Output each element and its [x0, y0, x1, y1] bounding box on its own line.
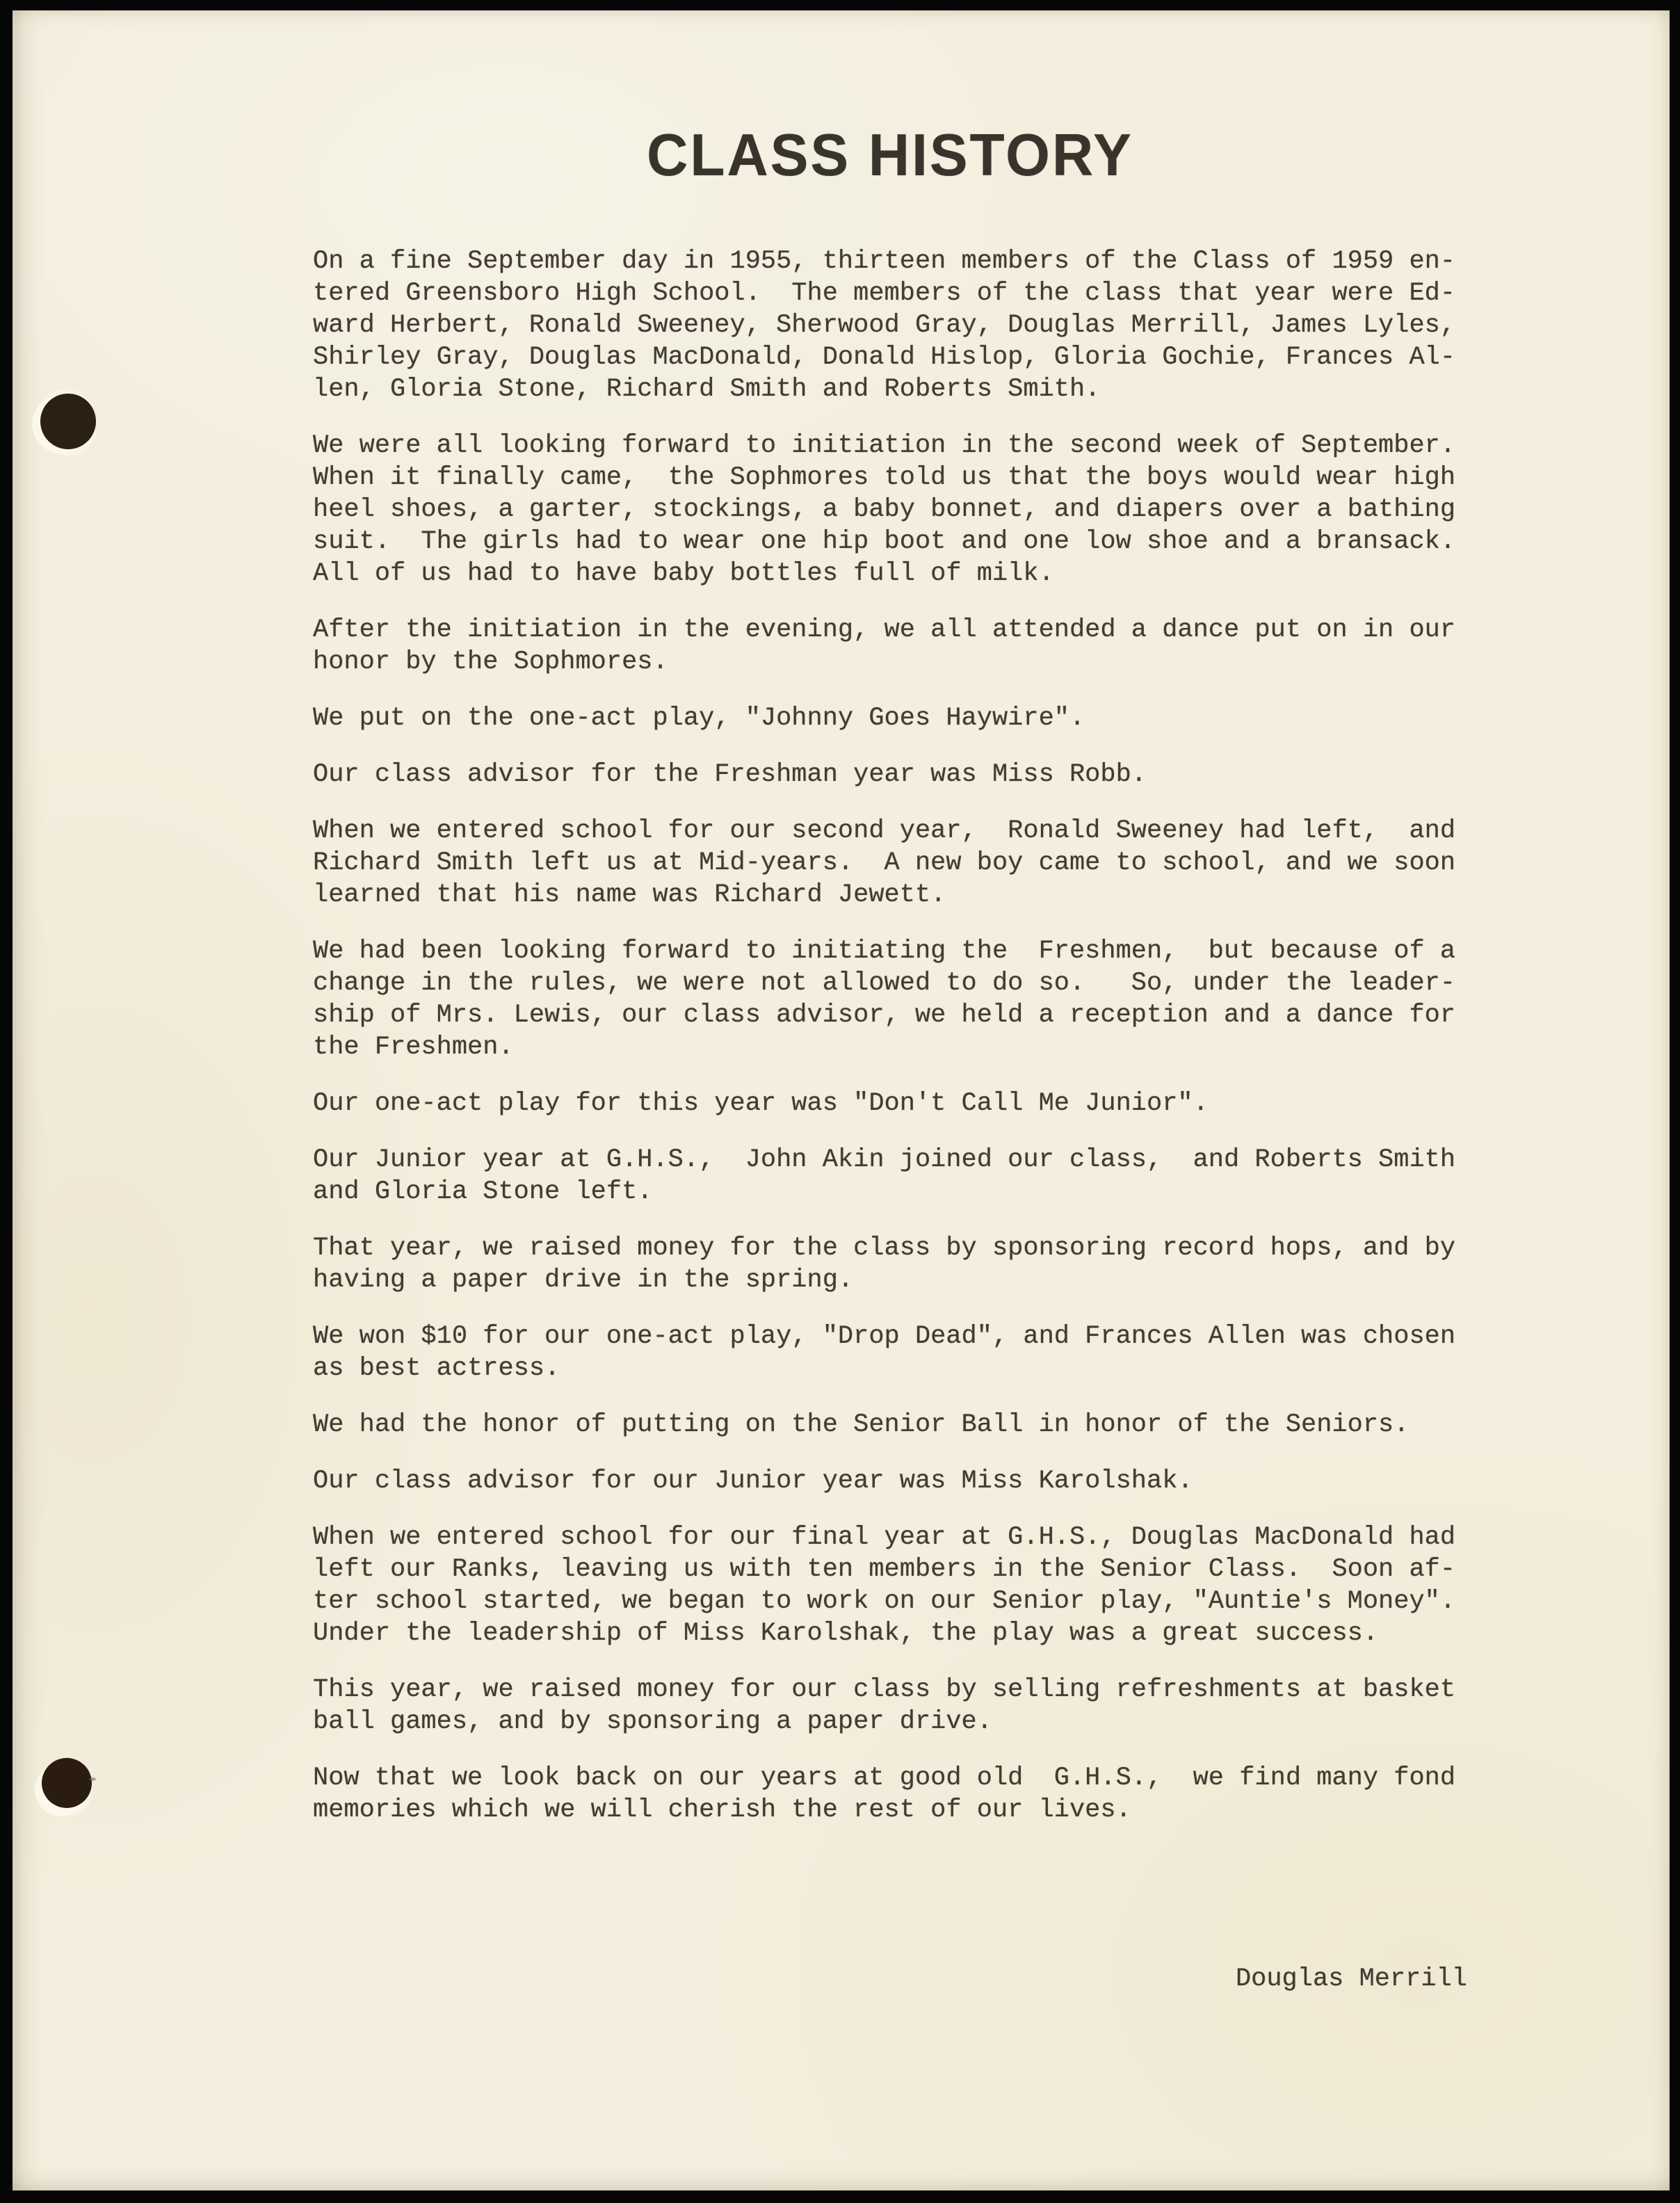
paragraph: When we entered school for our final yea… [313, 1522, 1509, 1649]
paragraph: Our class advisor for the Freshman year … [313, 759, 1509, 791]
paper-speck [89, 1777, 96, 1781]
paragraph: Our class advisor for our Junior year wa… [313, 1465, 1509, 1497]
paragraph: We had the honor of putting on the Senio… [313, 1409, 1509, 1441]
paragraph: We had been looking forward to initiatin… [313, 935, 1509, 1063]
paragraph: That year, we raised money for the class… [313, 1232, 1509, 1296]
paragraph: This year, we raised money for our class… [313, 1674, 1509, 1738]
page-title: CLASS HISTORY [313, 122, 1467, 190]
punch-hole-bottom [42, 1758, 92, 1808]
paragraph: When we entered school for our second ye… [313, 815, 1509, 911]
paragraph: After the initiation in the evening, we … [313, 614, 1509, 678]
punch-hole-top [40, 394, 96, 449]
paragraph: Our Junior year at G.H.S., John Akin joi… [313, 1144, 1509, 1208]
document-body: On a fine September day in 1955, thirtee… [313, 245, 1509, 1850]
signature: Douglas Merrill [313, 1964, 1485, 1994]
paragraph: We put on the one-act play, "Johnny Goes… [313, 702, 1509, 734]
scanned-page: CLASS HISTORY On a fine September day in… [0, 0, 1680, 2203]
paragraph: Now that we look back on our years at go… [313, 1762, 1509, 1826]
paragraph: Our one-act play for this year was "Don'… [313, 1088, 1509, 1120]
paragraph: On a fine September day in 1955, thirtee… [313, 245, 1509, 405]
paper-sheet: CLASS HISTORY On a fine September day in… [13, 10, 1670, 2190]
paragraph: We won $10 for our one-act play, "Drop D… [313, 1321, 1509, 1385]
paragraph: We were all looking forward to initiatio… [313, 430, 1509, 590]
